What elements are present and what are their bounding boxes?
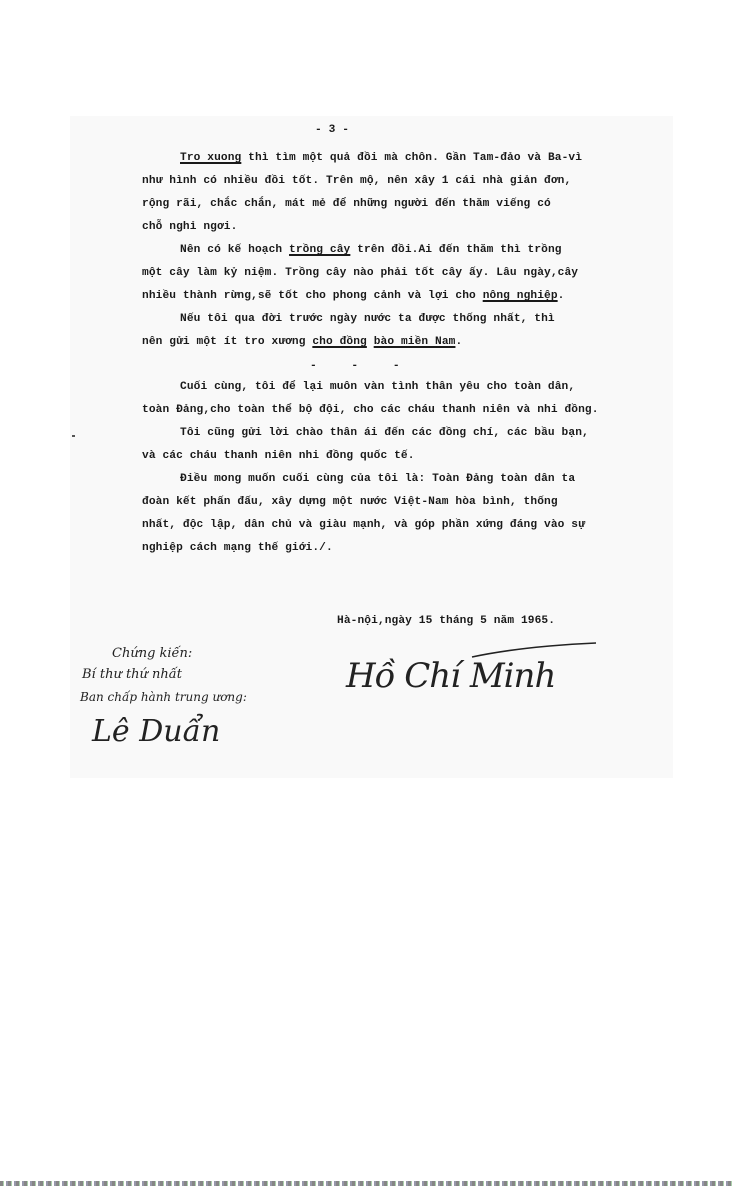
text-span bbox=[367, 336, 374, 348]
text-span: Nên có kế hoạch bbox=[180, 244, 289, 256]
paragraph-3-line-2: nên gửi một ít tro xương cho đồng bào mi… bbox=[142, 336, 462, 348]
witness-line-3: Ban chấp hành trung ương: bbox=[80, 690, 247, 704]
paragraph-4-line-1: Cuối cùng, tôi để lại muôn vàn tình thân… bbox=[180, 381, 575, 393]
page-number: - 3 - bbox=[315, 124, 349, 136]
date-line: Hà-nội,ngày 15 tháng 5 năm 1965. bbox=[337, 615, 555, 627]
text-span: . bbox=[558, 290, 565, 302]
paragraph-1-line-1: Tro xuong thì tìm một quả đồi mà chôn. G… bbox=[180, 152, 582, 164]
section-separator: - - - bbox=[310, 360, 414, 372]
scan-artifact-strip bbox=[0, 1181, 732, 1186]
text-span: trên đồi.Ai đến thăm thì trồng bbox=[350, 244, 561, 256]
paragraph-1-line-3: rộng rãi, chắc chắn, mát mẻ để những ngư… bbox=[142, 198, 551, 210]
paragraph-2-line-3: nhiều thành rừng,sẽ tốt cho phong cảnh v… bbox=[142, 290, 564, 302]
underlined-phrase: trồng cây bbox=[289, 244, 350, 256]
scan-speck bbox=[72, 435, 75, 437]
paragraph-5-line-2: và các cháu thanh niên nhi đồng quốc tế. bbox=[142, 450, 415, 462]
paragraph-1-line-2: như hình có nhiều đồi tốt. Trên mộ, nên … bbox=[142, 175, 571, 187]
text-span: nên gửi một ít tro xương bbox=[142, 336, 312, 348]
underlined-phrase: Tro xuong bbox=[180, 152, 241, 164]
signature-flourish bbox=[470, 641, 600, 661]
paragraph-1-line-4: chỗ nghỉ ngơi. bbox=[142, 221, 237, 233]
paragraph-6-line-3: nhất, độc lập, dân chủ và giàu mạnh, và … bbox=[142, 519, 585, 531]
paragraph-6-line-4: nghiệp cách mạng thế giới./. bbox=[142, 542, 333, 554]
witness-signature: Lê Duẩn bbox=[92, 714, 220, 749]
underlined-phrase: cho đồng bbox=[312, 336, 367, 348]
paragraph-5-line-1: Tôi cũng gửi lời chào thân ái đến các đồ… bbox=[180, 427, 589, 439]
underlined-phrase: bào miền Nam bbox=[374, 336, 456, 348]
underlined-phrase: nông nghiệp bbox=[483, 290, 558, 302]
witness-line-2: Bí thư thứ nhất bbox=[82, 667, 182, 682]
paragraph-3-line-1: Nếu tôi qua đời trước ngày nước ta được … bbox=[180, 313, 555, 325]
text-span: nhiều thành rừng,sẽ tốt cho phong cảnh v… bbox=[142, 290, 483, 302]
paragraph-6-line-2: đoàn kết phấn đấu, xây dựng một nước Việ… bbox=[142, 496, 558, 508]
author-signature: Hồ Chí Minh bbox=[346, 656, 555, 696]
text-span: thì tìm một quả đồi mà chôn. Gần Tam-đảo… bbox=[241, 152, 582, 164]
paragraph-6-line-1: Điều mong muốn cuối cùng của tôi là: Toà… bbox=[180, 473, 575, 485]
paragraph-4-line-2: toàn Đảng,cho toàn thể bộ đội, cho các c… bbox=[142, 404, 599, 416]
witness-line-1: Chứng kiến: bbox=[112, 646, 192, 661]
text-span: . bbox=[455, 336, 462, 348]
paragraph-2-line-1: Nên có kế hoạch trồng cây trên đồi.Ai đế… bbox=[180, 244, 562, 256]
paragraph-2-line-2: một cây làm kỷ niệm. Trồng cây nào phải … bbox=[142, 267, 578, 279]
scanned-document-page: - 3 - Tro xuong thì tìm một quả đồi mà c… bbox=[70, 116, 673, 778]
